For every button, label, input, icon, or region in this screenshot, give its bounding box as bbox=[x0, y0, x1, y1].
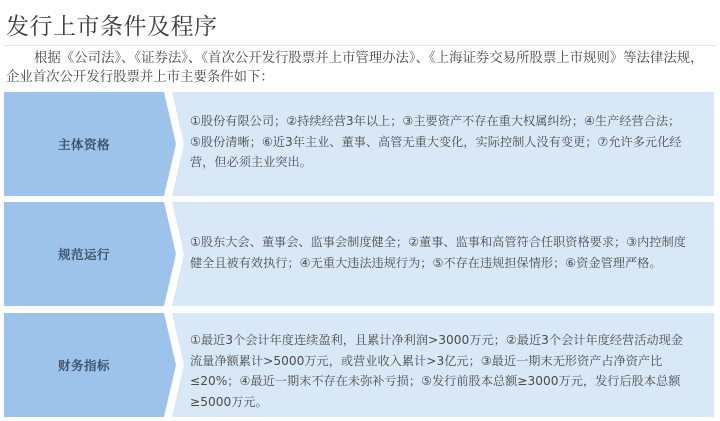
condition-text: ①最近3个会计年度连续盈利，且累计净利润>3000万元；②最近3个会计年度经营活… bbox=[190, 330, 690, 412]
page-title: 发行上市条件及程序 bbox=[6, 8, 218, 41]
condition-label: 规范运行 bbox=[4, 202, 164, 306]
condition-text: ①股东大会、董事会、监事会制度健全；②董事、监事和高管符合任职资格要求；③内控制… bbox=[190, 232, 690, 273]
condition-label: 主体资格 bbox=[4, 92, 164, 196]
condition-label: 财务指标 bbox=[4, 313, 164, 417]
title-divider bbox=[4, 45, 716, 46]
intro-text: 根据《公司法》、《证券法》、《首次公开发行股票并上市管理办法》、《上海证券交易所… bbox=[6, 49, 714, 87]
condition-text: ①股份有限公司；②持续经营3年以上；③主要资产不存在重大权属纠纷；④生产经营合法… bbox=[190, 111, 690, 173]
intro-paragraph: 根据《公司法》、《证券法》、《首次公开发行股票并上市管理办法》、《上海证券交易所… bbox=[6, 49, 714, 87]
